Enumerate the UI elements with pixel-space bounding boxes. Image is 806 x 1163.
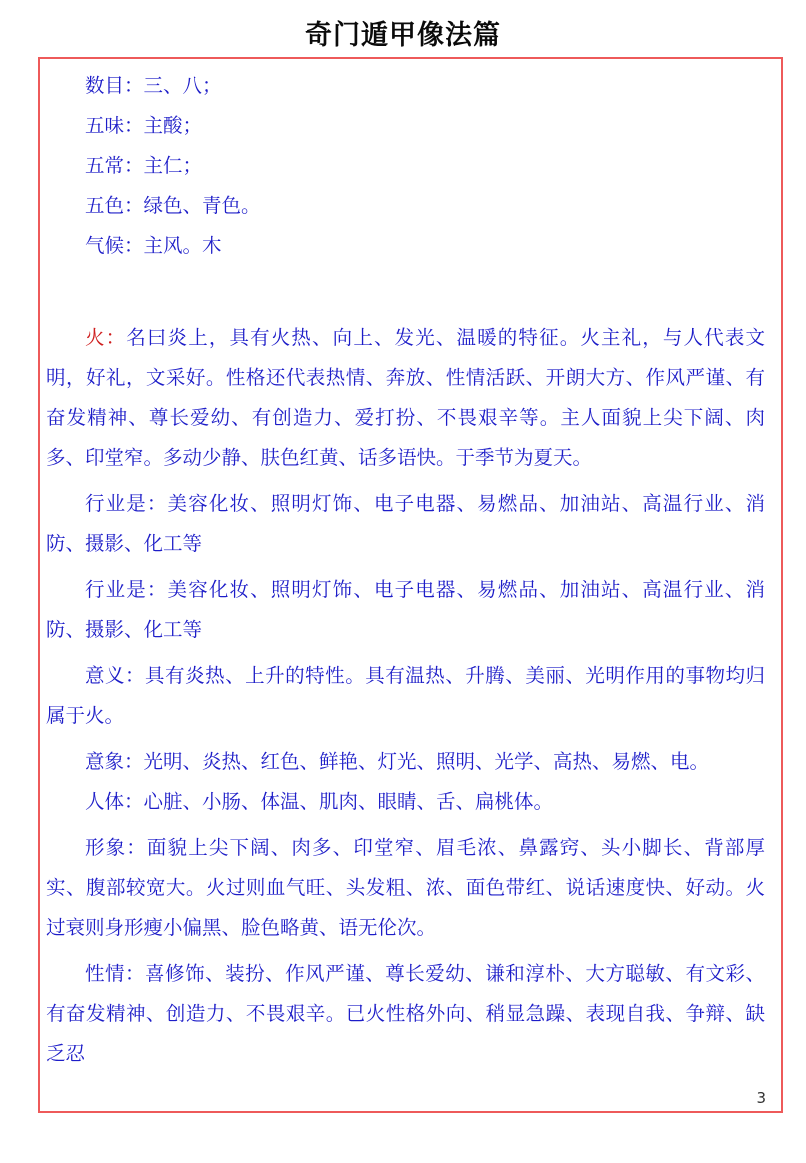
attribute-line-flavors: 五味：主酸； (46, 107, 765, 147)
paragraph-temperament: 性情：喜修饰、装扮、作风严谨、尊长爱幼、谦和淳朴、大方聪敏、有文彩、有奋发精神、… (46, 955, 765, 1075)
page-number: 3 (756, 1089, 766, 1107)
document-page: { "page": { "title": "奇门遁甲像法篇", "page_nu… (0, 0, 806, 1163)
paragraph-imagery: 意象：光明、炎热、红色、鲜艳、灯光、照明、光学、高热、易燃、电。 (46, 743, 765, 783)
attribute-line-colors: 五色：绿色、青色。 (46, 187, 765, 227)
attribute-line-numbers: 数目：三、八； (46, 67, 765, 107)
paragraph-meaning: 意义：具有炎热、上升的特性。具有温热、升腾、美丽、光明作用的事物均归属于火。 (46, 657, 765, 737)
paragraph-human-body: 人体：心脏、小肠、体温、肌肉、眼睛、舌、扁桃体。 (46, 783, 765, 823)
page-title: 奇门遁甲像法篇 (0, 20, 806, 52)
fire-term: 火： (85, 328, 126, 349)
paragraph-industries-1: 行业是：美容化妆、照明灯饰、电子电器、易燃品、加油站、高温行业、消防、摄影、化工… (46, 485, 765, 565)
paragraph-appearance: 形象：面貌上尖下阔、肉多、印堂窄、眉毛浓、鼻露窍、头小脚长、背部厚实、腹部较宽大… (46, 829, 765, 949)
fire-paragraph: 火：名曰炎上，具有火热、向上、发光、温暖的特征。火主礼，与人代表文明，好礼，文采… (46, 319, 765, 479)
attribute-line-virtues: 五常：主仁； (46, 147, 765, 187)
fire-paragraph-body: 名曰炎上，具有火热、向上、发光、温暖的特征。火主礼，与人代表文明，好礼，文采好。… (46, 328, 765, 469)
attribute-line-climate: 气候：主风。木 (46, 227, 765, 267)
document-frame: 数目：三、八； 五味：主酸； 五常：主仁； 五色：绿色、青色。 气候：主风。木 … (38, 57, 783, 1113)
document-content: 数目：三、八； 五味：主酸； 五常：主仁； 五色：绿色、青色。 气候：主风。木 … (40, 59, 781, 1075)
paragraph-industries-2: 行业是：美容化妆、照明灯饰、电子电器、易燃品、加油站、高温行业、消防、摄影、化工… (46, 571, 765, 651)
